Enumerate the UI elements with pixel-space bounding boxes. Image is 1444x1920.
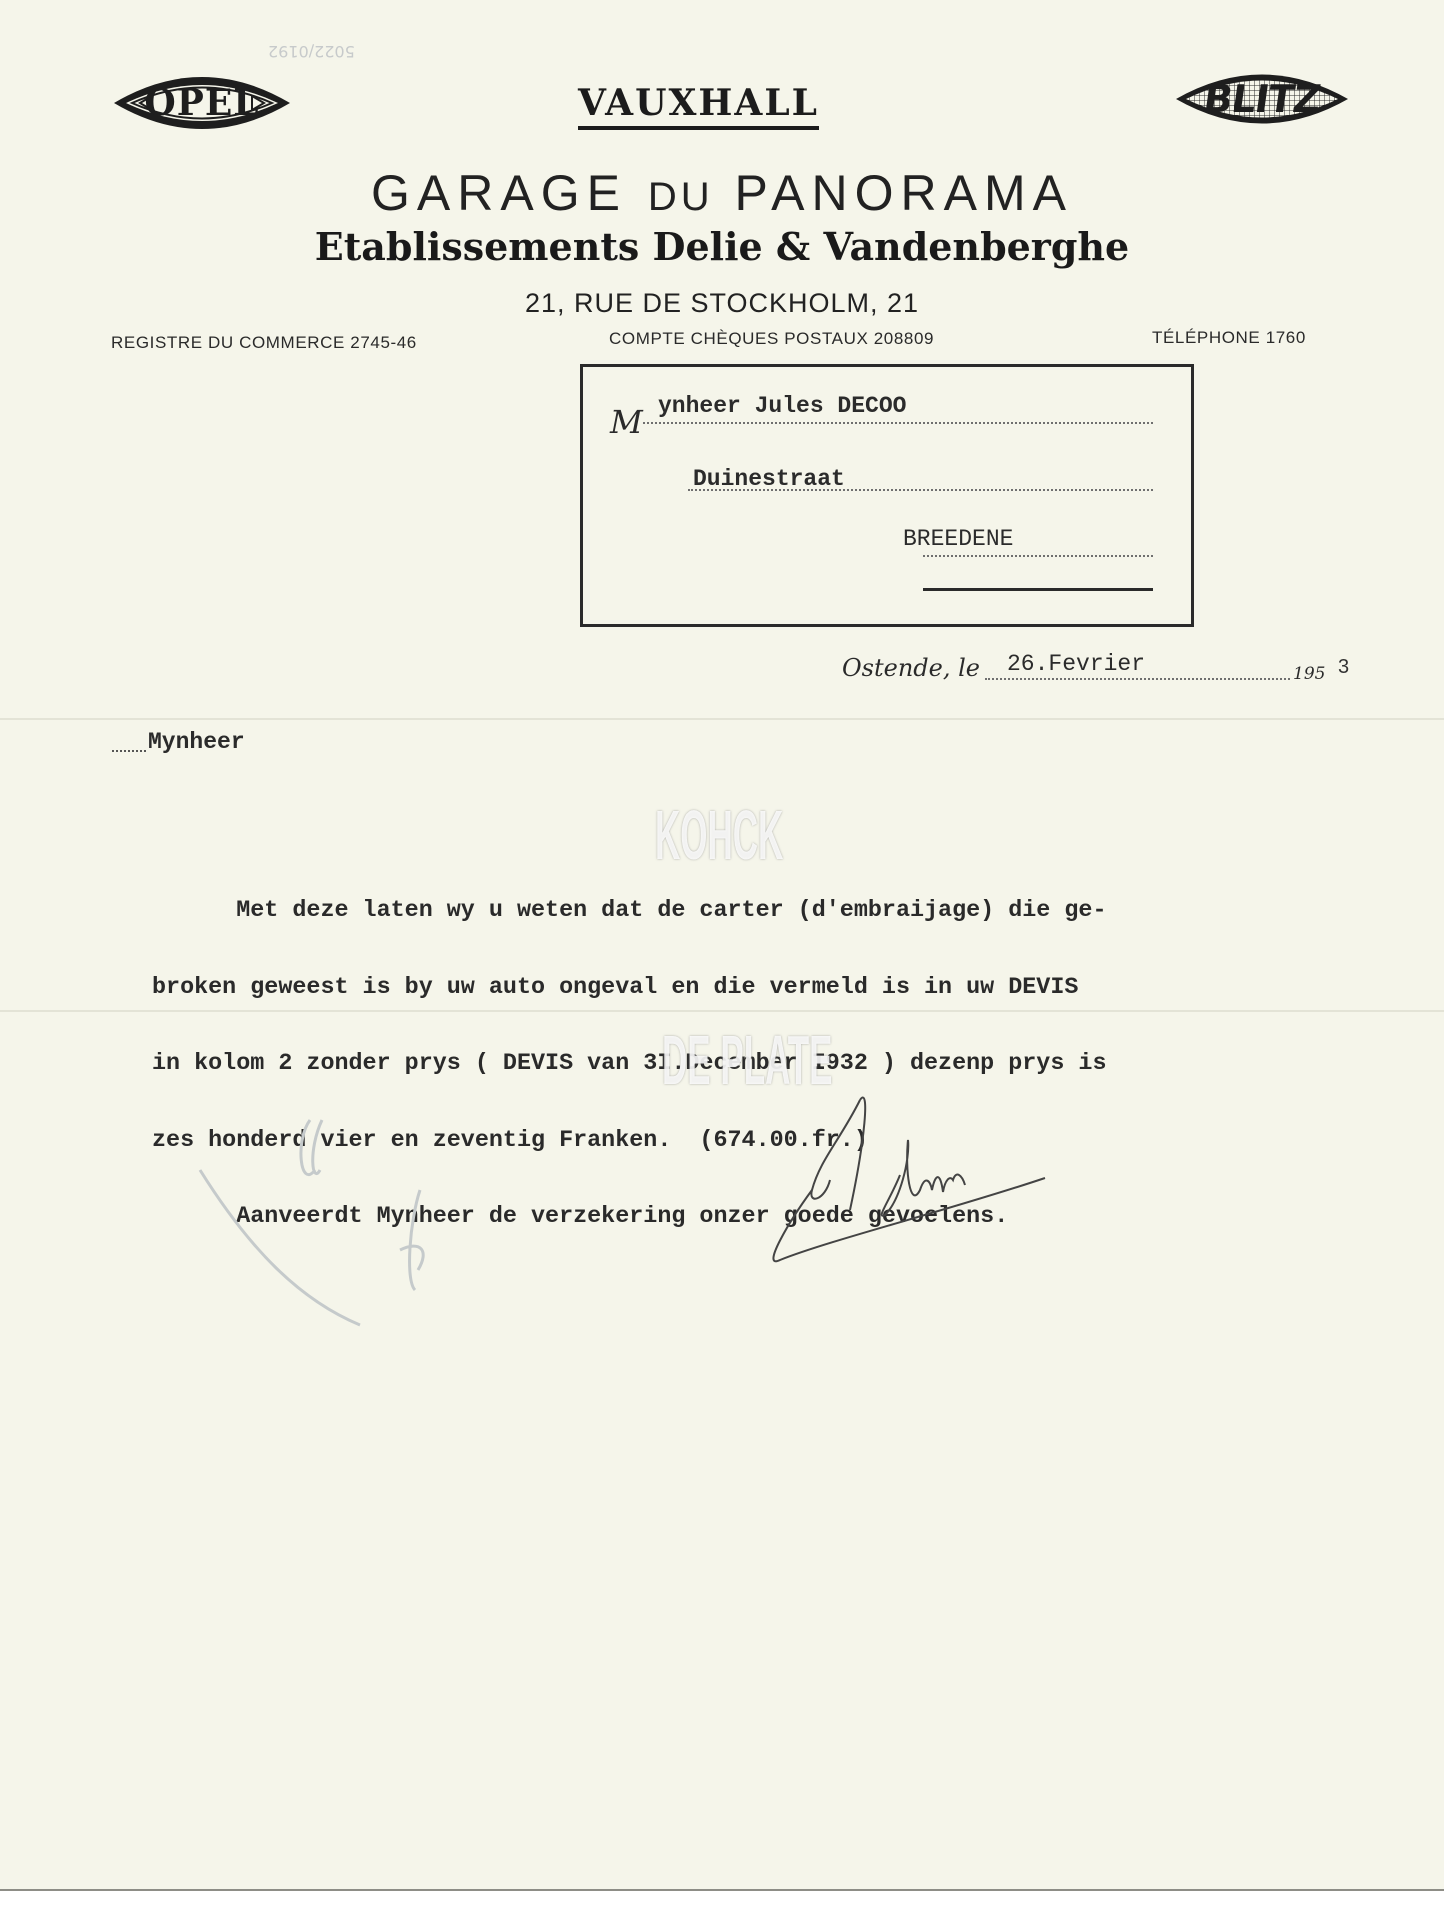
- salutation-dots: [112, 742, 146, 752]
- salutation: Mynheer: [148, 729, 245, 755]
- postal-account: COMPTE CHÈQUES POSTAUX 208809: [609, 329, 934, 349]
- dateline-date: 26.Fevrier: [1007, 651, 1145, 677]
- establishment-name: Etablissements Delie & Vandenberghe: [0, 224, 1444, 269]
- dateline-year-prefix: 195: [1293, 664, 1325, 684]
- company-name-garage: GARAGE: [371, 165, 627, 221]
- blitz-logo-text: BLITZ: [1201, 77, 1323, 121]
- signature-icon: E. Delie: [750, 1080, 1050, 1280]
- dateline-year-suffix: 3: [1338, 656, 1349, 679]
- opel-logo: OPEL: [110, 63, 294, 143]
- commerce-registry: REGISTRE DU COMMERCE 2745-46: [111, 333, 417, 353]
- brand-vauxhall: VAUXHALL: [578, 84, 819, 130]
- recipient-prefix: M: [610, 403, 643, 441]
- company-name-panorama: PANORAMA: [735, 165, 1073, 221]
- company-address: 21, RUE DE STOCKHOLM, 21: [0, 288, 1444, 319]
- company-name: GARAGE DU PANORAMA: [0, 164, 1444, 222]
- body-line: broken geweest is by uw auto ongeval en …: [152, 976, 1352, 1002]
- recipient-address-box: M ynheer Jules DECOO Duinestraat BREEDEN…: [580, 364, 1194, 627]
- recipient-city: BREEDENE: [903, 526, 1013, 552]
- company-name-du: DU: [648, 175, 714, 219]
- pencil-mark-icon: [190, 1080, 520, 1340]
- address-dotted-line: [643, 422, 1153, 424]
- body-line: Met deze laten wy u weten dat de carter …: [152, 899, 1352, 925]
- letter-paper: 5022/0192 OPEL VAUXHALL BLITZ GARAGE: [0, 0, 1444, 1891]
- paper-fold-line: [0, 718, 1444, 720]
- recipient-name: ynheer Jules DECOO: [658, 393, 906, 419]
- dateline-place: Ostende, le: [842, 654, 980, 682]
- watermark-line-1: KOHCK: [655, 795, 783, 875]
- blitz-logo: BLITZ: [1174, 60, 1350, 138]
- address-solid-line: [923, 588, 1153, 591]
- telephone: TÉLÉPHONE 1760: [1152, 328, 1306, 348]
- address-dotted-line: [923, 555, 1153, 557]
- opel-logo-text: OPEL: [144, 82, 259, 124]
- date-dotted-line: [985, 678, 1290, 680]
- address-dotted-line: [688, 489, 1153, 491]
- pencil-reference-number: 5022/0192: [268, 42, 355, 61]
